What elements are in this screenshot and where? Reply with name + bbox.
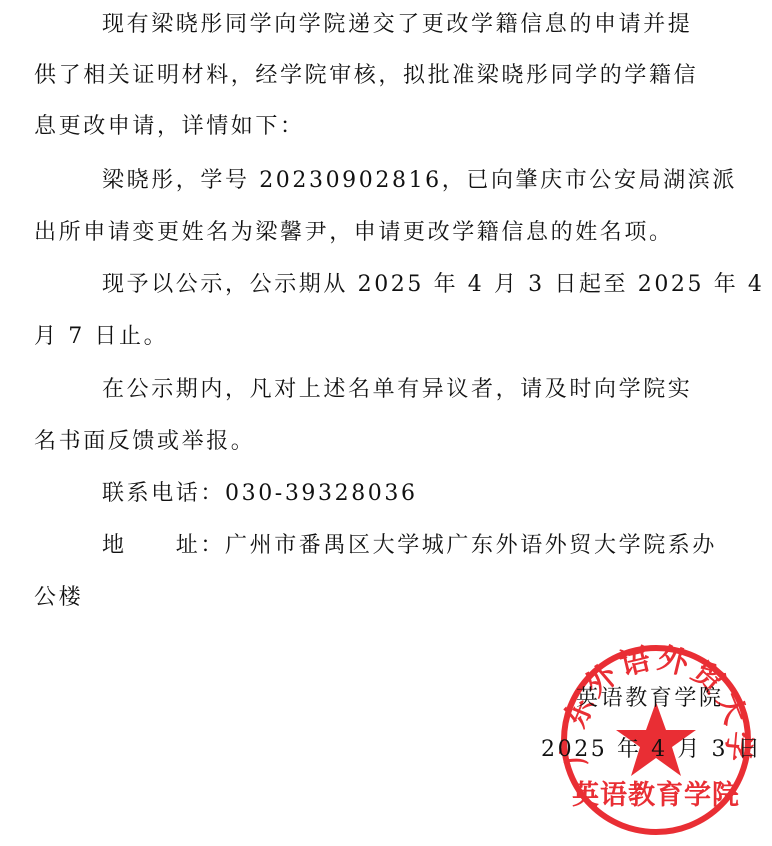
address-line-2: 公楼 xyxy=(34,583,83,613)
signature-organization: 英语教育学院 xyxy=(576,684,724,714)
paragraph-3-line-2: 月 7 日止。 xyxy=(34,322,168,352)
paragraph-4-line-2: 名书面反馈或举报。 xyxy=(34,427,255,457)
paragraph-1-line-3: 息更改申请，详情如下： xyxy=(34,112,305,142)
paragraph-3-line-1: 现予以公示，公示期从 2025 年 4 月 3 日起至 2025 年 4 xyxy=(102,270,765,300)
seal-inner-text: 英语教育学院 xyxy=(572,779,740,811)
signature-date: 2025 年 4 月 3 日 xyxy=(541,735,762,765)
paragraph-4-line-1: 在公示期内，凡对上述名单有异议者，请及时向学院实 xyxy=(102,375,692,405)
address-line-1: 地 址：广州市番禺区大学城广东外语外贸大学院系办 xyxy=(102,531,717,561)
contact-phone: 联系电话：030-39328036 xyxy=(102,479,418,509)
paragraph-2-line-1: 梁晓彤，学号 20230902816，已向肇庆市公安局湖滨派 xyxy=(102,166,737,196)
paragraph-2-line-2: 出所申请变更姓名为梁馨尹，申请更改学籍信息的姓名项。 xyxy=(34,218,674,248)
paragraph-1-line-1: 现有梁晓彤同学向学院递交了更改学籍信息的申请并提 xyxy=(102,10,692,40)
paragraph-1-line-2: 供了相关证明材料，经学院审核，拟批准梁晓彤同学的学籍信 xyxy=(34,61,698,91)
